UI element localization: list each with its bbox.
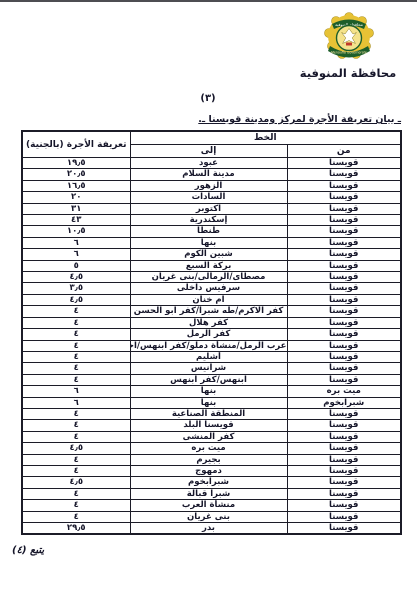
header-row-line: الخط تعريفة الأجرة (بالجنية) [22,131,401,145]
fare-table-row: قويسنا شبرا قبالة ٤ [22,488,401,499]
fare-table-row: قويسنا سرفيس داخلى ٣٫٥ [22,283,401,294]
fare-cell: ١٦٫٥ [22,180,130,191]
fare-table-row: قويسنا منشأة العرب ٤ [22,500,401,511]
line-group-header: الخط [130,131,401,145]
to-cell: طنطا [130,226,287,237]
to-cell: عرب الرمل/منشأة دملو/كفر ابنهس/اجهور [130,340,287,351]
fare-table-row: قويسنا قويسنا البلد ٤ [22,420,401,431]
fare-table-row: قويسنا إسكندرية ٤٣ [22,215,401,226]
to-cell: اكتوبر [130,203,287,214]
from-cell: قويسنا [287,465,401,476]
to-cell: بنها [130,237,287,248]
to-cell: مدينة السلام [130,169,287,180]
to-cell: بركة السبع [130,260,287,271]
fare-statement-subtitle: ـ بيان تعريفة الأجرة لمركز ومدينة قويسنا… [198,114,401,125]
fare-table-row: قويسنا مدينة السلام ٢٠٫٥ [22,169,401,180]
to-cell: بدر [130,523,287,535]
from-cell: ميت بره [287,386,401,397]
from-cell: قويسنا [287,249,401,260]
to-cell: كفر هلال [130,317,287,328]
from-cell: شبرابخوم [287,397,401,408]
from-cell: قويسنا [287,374,401,385]
fare-table-row: قويسنا بنها ٦ [22,237,401,248]
fare-cell: ١٩٫٥ [22,158,130,169]
fare-cell: ١٠٫٥ [22,226,130,237]
from-cell: قويسنا [287,192,401,203]
from-cell: قويسنا [287,511,401,522]
scan-edge-line [0,0,417,2]
from-cell: قويسنا [287,294,401,305]
from-cell: قويسنا [287,340,401,351]
fare-table-row: قويسنا أشليم ٤ [22,351,401,362]
fare-table-row: قويسنا ام خنان ٤٫٥ [22,294,401,305]
fare-table-row: قويسنا عبود ١٩٫٥ [22,158,401,169]
from-cell: قويسنا [287,226,401,237]
fare-cell: ٤ [22,329,130,340]
fare-cell: ٦ [22,397,130,408]
fare-cell: ٤٫٥ [22,272,130,283]
to-cell: مصطاى/الرمالى/بنى غريان [130,272,287,283]
fare-table-row: قويسنا الزهور ١٦٫٥ [22,180,401,191]
fare-cell: ٤ [22,408,130,419]
menoufia-governorate-emblem: محافظة المنوفية Menoufia Governorate [324,11,374,61]
fare-table-row: قويسنا مصطاى/الرمالى/بنى غريان ٤٫٥ [22,272,401,283]
fare-table-row: قويسنا شبرابخوم ٤٫٥ [22,477,401,488]
fare-table-header: الخط تعريفة الأجرة (بالجنية) من إلى [22,131,401,158]
fare-cell: ٦ [22,249,130,260]
to-cell: منشأة العرب [130,500,287,511]
fare-cell: ٤ [22,511,130,522]
to-cell: إسكندرية [130,215,287,226]
from-cell: قويسنا [287,237,401,248]
governorate-seal-icon: محافظة المنوفية Menoufia Governorate [324,11,374,61]
to-cell: المنطقة الصناعية [130,408,287,419]
to-cell: بنى غريان [130,511,287,522]
from-cell: قويسنا [287,477,401,488]
to-cell: بجيرم [130,454,287,465]
fare-cell: ٤ [22,420,130,431]
from-cell: قويسنا [287,260,401,271]
emblem-caption-english: Menoufia Governorate [331,50,367,54]
to-cell: ميت بره [130,443,287,454]
fare-cell: ٤ [22,317,130,328]
fare-cell: ٢٠ [22,192,130,203]
fare-table-row: قويسنا ابنهس/كفر ابنهس ٤ [22,374,401,385]
to-cell: ابنهس/كفر ابنهس [130,374,287,385]
governorate-title: محافظة المنوفية [292,66,404,80]
to-cell: كفر الرمل [130,329,287,340]
scanned-document-page: محافظة المنوفية Menoufia Governorate محا… [0,0,417,599]
to-cell: السادات [130,192,287,203]
to-cell: سرفيس داخلى [130,283,287,294]
fare-cell: ٤٫٥ [22,294,130,305]
fare-table-row: قويسنا طنطا ١٠٫٥ [22,226,401,237]
from-cell: قويسنا [287,420,401,431]
fare-cell: ٤ [22,500,130,511]
fare-table-row: شبرابخوم بنها ٦ [22,397,401,408]
fare-cell: ٤ [22,431,130,442]
to-cell: قويسنا البلد [130,420,287,431]
fare-cell: ٤٣ [22,215,130,226]
to-cell: بنها [130,397,287,408]
fare-table-row: قويسنا كفر هلال ٤ [22,317,401,328]
from-cell: قويسنا [287,500,401,511]
fare-cell: ٦ [22,386,130,397]
from-cell: قويسنا [287,523,401,535]
fare-table-row: قويسنا اكتوبر ٣١ [22,203,401,214]
from-cell: قويسنا [287,180,401,191]
fare-table-row: قويسنا كفر المنشى ٤ [22,431,401,442]
from-cell: قويسنا [287,351,401,362]
fare-cell: ٤ [22,454,130,465]
from-cell: قويسنا [287,203,401,214]
fare-table-row: قويسنا بنى غريان ٤ [22,511,401,522]
from-cell: قويسنا [287,158,401,169]
from-cell: قويسنا [287,363,401,374]
to-cell: دمهوج [130,465,287,476]
from-cell: قويسنا [287,306,401,317]
fare-cell: ٤٫٥ [22,477,130,488]
fare-cell: ٢٩٫٥ [22,523,130,535]
to-cell: شبين الكوم [130,249,287,260]
from-cell: قويسنا [287,283,401,294]
from-cell: قويسنا [287,169,401,180]
fare-cell: ٣١ [22,203,130,214]
from-cell: قويسنا [287,317,401,328]
fare-cell: ٣٫٥ [22,283,130,294]
fare-cell: ٦ [22,237,130,248]
fare-cell: ٤ [22,488,130,499]
from-cell: قويسنا [287,329,401,340]
fare-table-row: قويسنا بركة السبع ٥ [22,260,401,271]
fare-table-row: قويسنا شبين الكوم ٦ [22,249,401,260]
to-cell: أشليم [130,351,287,362]
to-cell: عبود [130,158,287,169]
page-number: (٣) [186,93,230,104]
continued-note: يتبع (٤) [12,545,44,556]
fare-table-row: قويسنا عرب الرمل/منشأة دملو/كفر ابنهس/اج… [22,340,401,351]
fare-cell: ٤٫٥ [22,443,130,454]
fare-table-row: قويسنا كفر الاكرم/طه شبرا/كفر ابو الحسن … [22,306,401,317]
from-cell: قويسنا [287,431,401,442]
fare-tariff-table: الخط تعريفة الأجرة (بالجنية) من إلى قويس… [21,130,402,535]
fare-cell: ٤ [22,374,130,385]
fare-cell: ٤ [22,363,130,374]
from-cell: قويسنا [287,215,401,226]
fare-cell: ٤ [22,306,130,317]
fare-table-row: قويسنا بدر ٢٩٫٥ [22,523,401,535]
fare-cell: ٤ [22,465,130,476]
fare-cell: ٤ [22,351,130,362]
fare-table-row: ميت بره بنها ٦ [22,386,401,397]
from-cell: قويسنا [287,488,401,499]
to-cell: ام خنان [130,294,287,305]
from-cell: قويسنا [287,272,401,283]
fare-column-header: تعريفة الأجرة (بالجنية) [22,131,130,158]
fare-table-row: قويسنا شرانيس ٤ [22,363,401,374]
fare-cell: ٥ [22,260,130,271]
fare-table-row: قويسنا كفر الرمل ٤ [22,329,401,340]
to-cell: شبرابخوم [130,477,287,488]
fare-table-row: قويسنا ميت بره ٤٫٥ [22,443,401,454]
to-cell: بنها [130,386,287,397]
fare-cell: ٤ [22,340,130,351]
from-cell: قويسنا [287,443,401,454]
to-cell: الزهور [130,180,287,191]
from-cell: قويسنا [287,454,401,465]
fare-table-row: قويسنا السادات ٢٠ [22,192,401,203]
fare-table-body: قويسنا عبود ١٩٫٥ قويسنا مدينة السلام ٢٠٫… [22,158,401,535]
fare-table-row: قويسنا بجيرم ٤ [22,454,401,465]
to-cell: كفر المنشى [130,431,287,442]
from-cell: قويسنا [287,408,401,419]
to-cell: كفر الاكرم/طه شبرا/كفر ابو الحسن [130,306,287,317]
to-column-header: إلى [130,145,287,158]
from-column-header: من [287,145,401,158]
to-cell: شبرا قبالة [130,488,287,499]
fare-cell: ٢٠٫٥ [22,169,130,180]
to-cell: شرانيس [130,363,287,374]
fare-table-row: قويسنا المنطقة الصناعية ٤ [22,408,401,419]
fare-table-row: قويسنا دمهوج ٤ [22,465,401,476]
